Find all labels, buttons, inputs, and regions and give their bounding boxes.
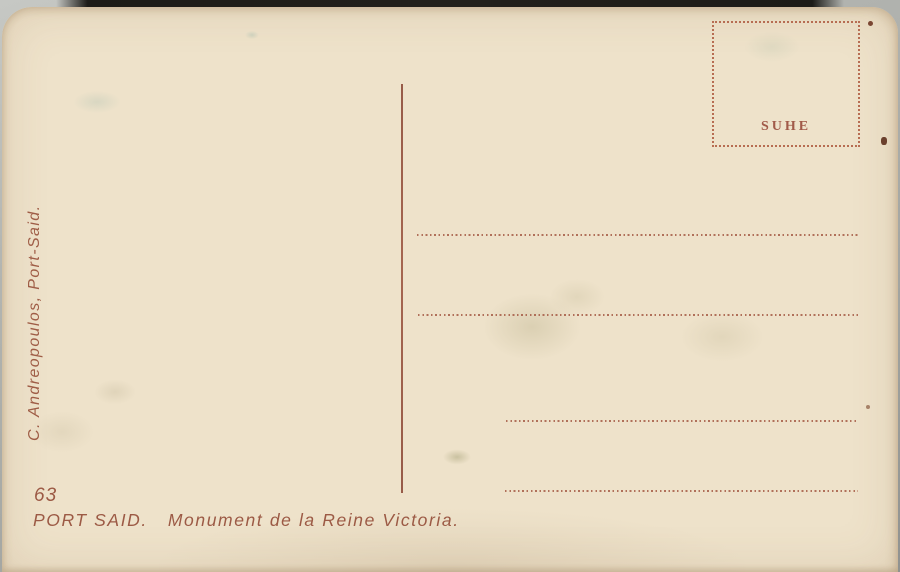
stamp-box: SUHE <box>712 21 860 147</box>
caption-title: Monument de la Reine Victoria. <box>168 510 460 530</box>
address-line-1 <box>417 234 858 236</box>
caption: PORT SAID.Monument de la Reine Victoria. <box>33 510 460 531</box>
card-edge-shadow <box>56 0 844 7</box>
postcard-back: C. Andreopoulos, Port-Said. SUHE 63 PORT… <box>2 7 898 572</box>
publisher-imprint: C. Andreopoulos, Port-Said. <box>26 205 44 441</box>
divider-line <box>401 84 403 493</box>
paper-speck <box>881 137 887 145</box>
paper-speck <box>866 405 870 409</box>
stamp-box-label: SUHE <box>714 119 858 135</box>
postcard-scan: C. Andreopoulos, Port-Said. SUHE 63 PORT… <box>0 0 900 572</box>
address-line-2 <box>418 314 858 316</box>
paper-speck <box>868 21 873 26</box>
address-line-4 <box>505 490 858 492</box>
address-line-3 <box>506 420 858 422</box>
caption-place: PORT SAID. <box>33 510 148 530</box>
catalog-number: 63 <box>34 485 57 507</box>
